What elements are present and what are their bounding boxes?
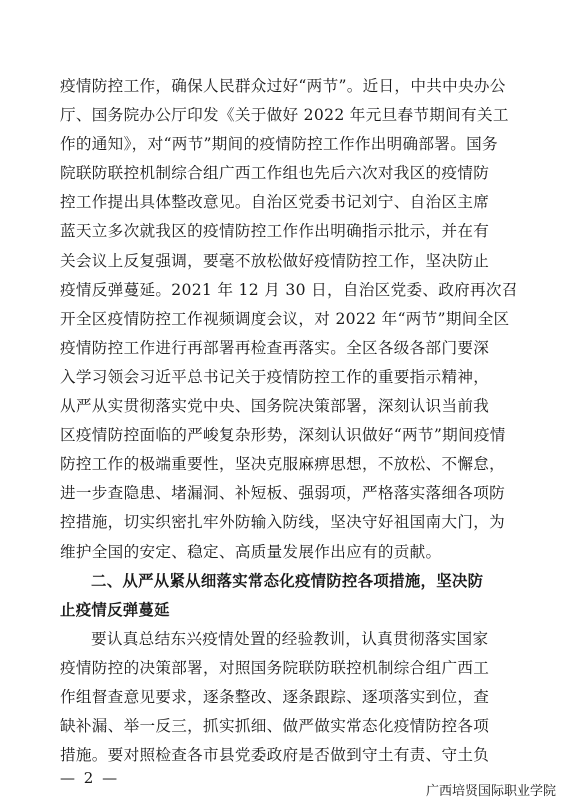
document-body: 疫情防控工作，确保人民群众过好“两节”。近日，中共中央办公 厅、国务院办公厅印发… <box>60 72 460 770</box>
text-line: 作的通知》，对“两节”期间的疫情防控工作作出明确部署。国务 <box>60 130 460 159</box>
page-number: — 2 — <box>60 769 119 787</box>
text-line: 区疫情防控面临的严峻复杂形势，深刻认识做好“两节”期间疫情 <box>60 421 460 450</box>
text-line: 措施。要对照检查各市县党委政府是否做到守土有责、守土负 <box>60 741 460 770</box>
text-line: 疫情防控工作，确保人民群众过好“两节”。近日，中共中央办公 <box>60 72 460 101</box>
text-line: 控措施，切实织密扎牢外防输入防线，坚决守好祖国南大门，为 <box>60 508 460 537</box>
heading-line: 止疫情反弹蔓延 <box>60 596 460 625</box>
text-line: 院联防联控机制综合组广西工作组也先后六次对我区的疫情防 <box>60 159 460 188</box>
text-line: 控工作提出具体整改意见。自治区党委书记刘宁、自治区主席 <box>60 188 460 217</box>
paragraph-2: 要认真总结东兴疫情处置的经验教训，认真贯彻落实国家 疫情防控的决策部署，对照国务… <box>60 625 460 770</box>
text-line: 维护全国的安定、稳定、高质量发展作出应有的贡献。 <box>60 538 460 567</box>
text-line: 要认真总结东兴疫情处置的经验教训，认真贯彻落实国家 <box>60 625 460 654</box>
text-line: 疫情防控的决策部署，对照国务院联防联控机制综合组广西工 <box>60 654 460 683</box>
text-line: 疫情反弹蔓延。2021 年 12 月 30 日，自治区党委、政府再次召 <box>60 276 460 305</box>
text-line: 进一步查隐患、堵漏洞、补短板、强弱项，严格落实落细各项防 <box>60 479 460 508</box>
heading-line: 二、从严从紧从细落实常态化疫情防控各项措施，坚决防 <box>60 567 460 596</box>
text-line: 疫情防控工作进行再部署再检查再落实。全区各级各部门要深 <box>60 334 460 363</box>
text-line: 入学习领会习近平总书记关于疫情防控工作的重要指示精神， <box>60 363 460 392</box>
text-line: 关会议上反复强调，要毫不放松做好疫情防控工作，坚决防止 <box>60 247 460 276</box>
text-line: 防控工作的极端重要性，坚决克服麻痹思想，不放松、不懈怠， <box>60 450 460 479</box>
section-heading: 二、从严从紧从细落实常态化疫情防控各项措施，坚决防 止疫情反弹蔓延 <box>60 567 460 625</box>
text-line: 从严从实贯彻落实党中央、国务院决策部署，深刻认识当前我 <box>60 392 460 421</box>
text-line: 作组督查意见要求，逐条整改、逐条跟踪、逐项落实到位，查 <box>60 683 460 712</box>
text-line: 缺补漏、举一反三，抓实抓细、做严做实常态化疫情防控各项 <box>60 712 460 741</box>
watermark: 广西培贤国际职业学院 <box>426 780 556 799</box>
text-line: 蓝天立多次就我区的疫情防控工作作出明确指示批示，并在有 <box>60 217 460 246</box>
text-line: 厅、国务院办公厅印发《关于做好 2022 年元旦春节期间有关工 <box>60 101 460 130</box>
paragraph-1: 疫情防控工作，确保人民群众过好“两节”。近日，中共中央办公 厅、国务院办公厅印发… <box>60 72 460 567</box>
text-line: 开全区疫情防控工作视频调度会议，对 2022 年“两节”期间全区 <box>60 305 460 334</box>
